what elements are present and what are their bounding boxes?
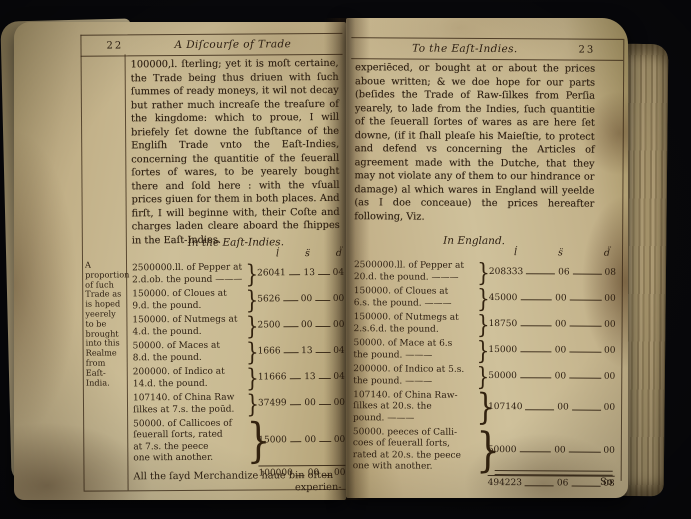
- amount-pence: 04: [333, 268, 345, 279]
- dash-leader: [289, 379, 301, 380]
- table-row: 200000. of Indico at 5.s.the pound. ———}…: [353, 363, 615, 390]
- dash-leader: [520, 326, 552, 327]
- dash-leader: [519, 452, 551, 453]
- dash-leader: [318, 274, 330, 275]
- dash-leader: [569, 352, 601, 353]
- amount-shillings: 00: [555, 319, 567, 330]
- footer-line: All the ſayd Merchandize haue bin often: [133, 470, 345, 482]
- amount-pence: 00: [333, 294, 345, 305]
- row-description: 200000. of Indico at 5.s.the pound. ———: [353, 364, 475, 387]
- amount-shillings: 00: [555, 345, 567, 356]
- catchword: experien-: [134, 482, 342, 494]
- amount-pence: 00: [604, 372, 616, 383]
- dash-leader: [290, 405, 302, 406]
- amount-pounds: 45000: [489, 293, 518, 304]
- dash-leader: [520, 352, 552, 353]
- left-page-header: 22 A Diſcourſe of Trade: [80, 33, 342, 57]
- table-row: 2500000.ll. of Pepper at20.d. the pound.…: [354, 259, 616, 286]
- frame-rule-left: [80, 35, 84, 491]
- amount-pounds: 11666: [258, 372, 287, 383]
- open-book: 22 A Diſcourſe of Trade A proportion of …: [6, 14, 664, 506]
- commodity-table: 2500000.ll. of Pepper at20.d. the pound.…: [353, 259, 616, 491]
- amount-pence: 04: [333, 346, 345, 357]
- amount-pence: 00: [604, 403, 616, 414]
- right-page: To the Eaſt-Indies. 23 experiēced, or bo…: [346, 18, 628, 498]
- table-column-headers: l̇ s̈ d̈: [514, 247, 610, 259]
- table-row: 150000. of Cloues at6.s. the pound. ———}…: [354, 285, 616, 312]
- dash-leader: [283, 327, 298, 328]
- frame-rule-right: [621, 39, 625, 481]
- amount-shillings: 00: [555, 293, 567, 304]
- amount-shillings: 13: [304, 372, 316, 383]
- amount-pence: 00: [604, 294, 616, 305]
- dash-leader: [283, 301, 298, 302]
- dash-leader: [570, 300, 602, 301]
- amount-pence: 00: [333, 320, 345, 331]
- amount-pence: 00: [604, 346, 616, 357]
- dash-leader: [525, 409, 554, 410]
- amount-pounds: 26041: [257, 268, 286, 279]
- column-header-shillings: s̈: [305, 248, 310, 259]
- brace-glyph: }: [476, 390, 487, 426]
- table-row: 50000. of Callicoes ofſeuerall ſorts, ra…: [133, 417, 345, 465]
- dash-leader: [315, 300, 330, 301]
- left-page: 22 A Diſcourſe of Trade A proportion of …: [14, 22, 346, 500]
- row-description: 50000. of Callicoes ofſeuerall ſorts, ra…: [133, 419, 245, 465]
- amount-shillings: 00: [555, 371, 567, 382]
- body-paragraph: experiēced, or bought at or about the pr…: [354, 61, 595, 234]
- row-description: 107140. of China Raw-ſilkes at 20.s. the…: [353, 390, 475, 424]
- table-column-headers: l̇ s̈ d̈: [276, 248, 342, 259]
- dash-leader: [316, 352, 331, 353]
- body-paragraph: 100000,l. ſterling; yet it is moſt certa…: [131, 57, 340, 236]
- dash-leader: [520, 378, 552, 379]
- amount-pounds: 1666: [258, 346, 281, 357]
- amount-pence: 00: [604, 320, 616, 331]
- amount-shillings: 00: [305, 435, 317, 446]
- amount-shillings: 00: [304, 398, 316, 409]
- amount-pounds: 208333: [489, 267, 523, 278]
- left-page-content: 22 A Diſcourſe of Trade A proportion of …: [12, 21, 347, 501]
- brace-glyph: }: [477, 260, 488, 285]
- table-row: 50000. of Maces at8.d. the pound.}166613…: [133, 339, 345, 365]
- table-row: 150000. of Nutmegs at2.s.6.d. the pound.…: [354, 311, 616, 338]
- row-description: 150000. of Cloues at6.s. the pound. ———: [354, 286, 476, 309]
- dash-leader: [319, 378, 331, 379]
- row-description: 50000. peeces of Calli-coes of ſeuerall …: [353, 427, 475, 473]
- amount-pence: 00: [603, 446, 615, 457]
- table-row: 50000. peeces of Calli-coes of ſeuerall …: [353, 426, 615, 475]
- table-row: 107140. of China Rawſilkes at 7.s. the p…: [133, 391, 345, 417]
- amount-pounds: 37499: [258, 398, 287, 409]
- brace-glyph: }: [246, 313, 257, 338]
- table-row: 150000. of Nutmegs at4.d. the pound.}250…: [132, 313, 344, 339]
- running-title: To the Eaſt-Indies.: [351, 42, 578, 55]
- row-description: 2500000.ll. of Pepper at20.d. the pound.…: [354, 260, 476, 283]
- dash-leader: [573, 274, 602, 275]
- column-header-pounds: l̇: [514, 247, 517, 258]
- dash-leader: [289, 275, 301, 276]
- row-description: 150000. of Cloues at9.d. the pound.: [132, 289, 244, 312]
- amount-shillings: 06: [558, 267, 570, 278]
- amount-pence: 04: [333, 372, 345, 383]
- dash-leader: [569, 326, 601, 327]
- amount-pounds: 50000: [488, 371, 517, 382]
- row-description: 2500000.ll. of Pepper at2.d.ob. the poun…: [132, 263, 244, 286]
- amount-pounds: 5626: [257, 294, 280, 305]
- dash-leader: [572, 410, 601, 411]
- amount-shillings: 00: [301, 320, 313, 331]
- page-number: 23: [579, 44, 596, 55]
- total-double-rule: [495, 470, 613, 476]
- amount-shillings: 13: [303, 268, 315, 279]
- row-description: 150000. of Nutmegs at4.d. the pound.: [132, 315, 244, 338]
- dash-leader: [319, 404, 331, 405]
- row-description: 200000. of Indico at14.d. the pound.: [133, 367, 245, 390]
- dash-leader: [569, 452, 601, 453]
- brace-glyph: }: [476, 364, 487, 389]
- amount-shillings: 00: [554, 445, 566, 456]
- column-header-shillings: s̈: [558, 247, 563, 258]
- dash-leader: [526, 274, 555, 275]
- dash-leader: [290, 442, 302, 443]
- column-header-pounds: l̇: [276, 248, 279, 259]
- running-title: A Diſcourſe of Trade: [123, 38, 342, 52]
- amount-pounds: 15000: [488, 345, 517, 356]
- table-heading: In England.: [354, 234, 594, 247]
- brace-glyph: }: [476, 427, 487, 474]
- margin-note: A proportion of ſuch Trade as is hoped y…: [85, 260, 126, 388]
- brace-glyph: }: [477, 338, 488, 363]
- brace-glyph: }: [477, 312, 488, 337]
- commodity-table: 2500000.ll. of Pepper at2.d.ob. the poun…: [132, 261, 346, 482]
- dash-leader: [315, 326, 330, 327]
- row-description: 107140. of China Rawſilkes at 7.s. the p…: [133, 393, 245, 416]
- catchword: So: [353, 475, 613, 488]
- dash-leader: [284, 353, 299, 354]
- brace-glyph: }: [477, 286, 488, 311]
- brace-glyph: }: [246, 365, 257, 390]
- page-number: 22: [106, 40, 123, 51]
- dash-leader: [319, 441, 331, 442]
- table-row: 2500000.ll. of Pepper at2.d.ob. the poun…: [132, 261, 344, 287]
- table-row: 107140. of China Raw-ſilkes at 20.s. the…: [353, 389, 615, 427]
- dash-leader: [520, 300, 552, 301]
- right-page-content: To the Eaſt-Indies. 23 experiēced, or bo…: [345, 17, 630, 499]
- brace-glyph: }: [245, 261, 256, 286]
- table-row: 200000. of Indico at14.d. the pound.}116…: [133, 365, 345, 391]
- dash-leader: [569, 378, 601, 379]
- brace-glyph: }: [245, 287, 256, 312]
- amount-shillings: 13: [301, 346, 313, 357]
- amount-pence: 00: [334, 435, 346, 446]
- row-description: 50000. of Mace at 6.sthe pound. ———: [353, 338, 475, 361]
- amount-pence: 00: [334, 398, 346, 409]
- amount-shillings: 00: [301, 294, 313, 305]
- row-description: 50000. of Maces at8.d. the pound.: [133, 341, 245, 364]
- row-description: 150000. of Nutmegs at2.s.6.d. the pound.: [354, 312, 476, 335]
- amount-shillings: 00: [557, 403, 569, 414]
- amount-pounds: 2500: [257, 320, 280, 331]
- amount-pence: 08: [604, 268, 616, 279]
- table-row: 150000. of Cloues at9.d. the pound.}5626…: [132, 287, 344, 313]
- brace-glyph: }: [246, 417, 257, 464]
- amount-pounds: 18750: [489, 319, 518, 330]
- book-photo: 22 A Diſcourſe of Trade A proportion of …: [0, 0, 691, 519]
- column-header-pence: d̈: [604, 248, 610, 259]
- brace-glyph: }: [246, 339, 257, 364]
- right-page-header: To the Eaſt-Indies. 23: [351, 37, 623, 61]
- table-row: 50000. of Mace at 6.sthe pound. ———}1500…: [353, 337, 615, 364]
- column-header-pence: d̈: [336, 248, 342, 259]
